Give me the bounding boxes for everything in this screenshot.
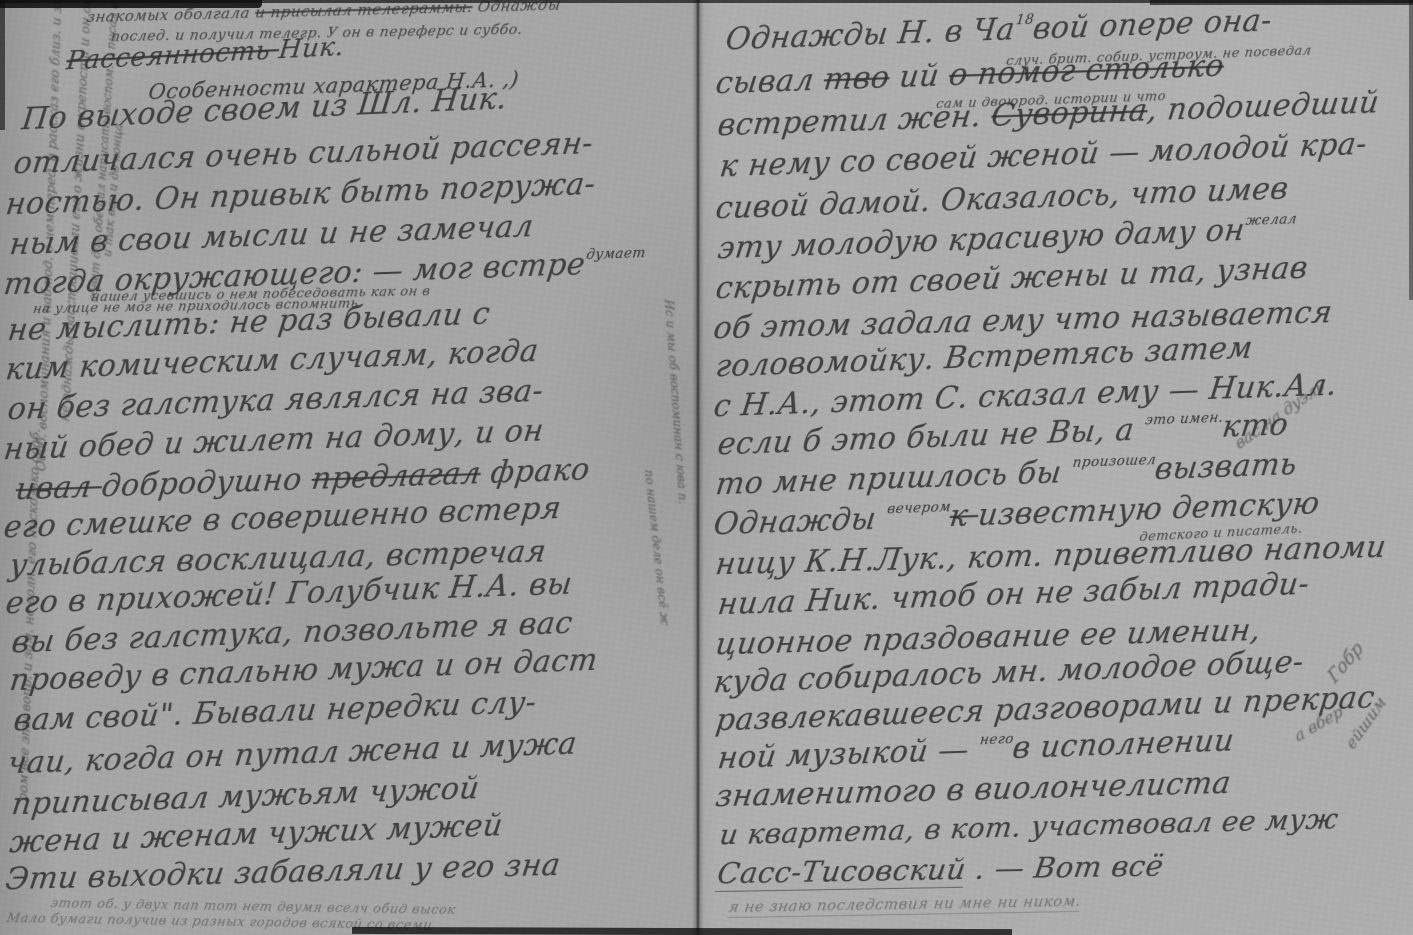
manuscript-scan: знакомых оболгала и присылал телеграммы.… xyxy=(0,0,1413,935)
handwritten-line: Рассеянность Ник. xyxy=(65,31,346,76)
handwritten-line: Сасс-Тисовский . — Вот всё xyxy=(715,848,1166,890)
right-page: Однажды Н. в Ча18вой опере она-случ. бри… xyxy=(712,0,1413,935)
left-page: знакомых оболгала и присылал телеграммы.… xyxy=(0,0,700,935)
handwritten-line: я не знаю последствия ни мне ни ником. xyxy=(727,892,1082,916)
